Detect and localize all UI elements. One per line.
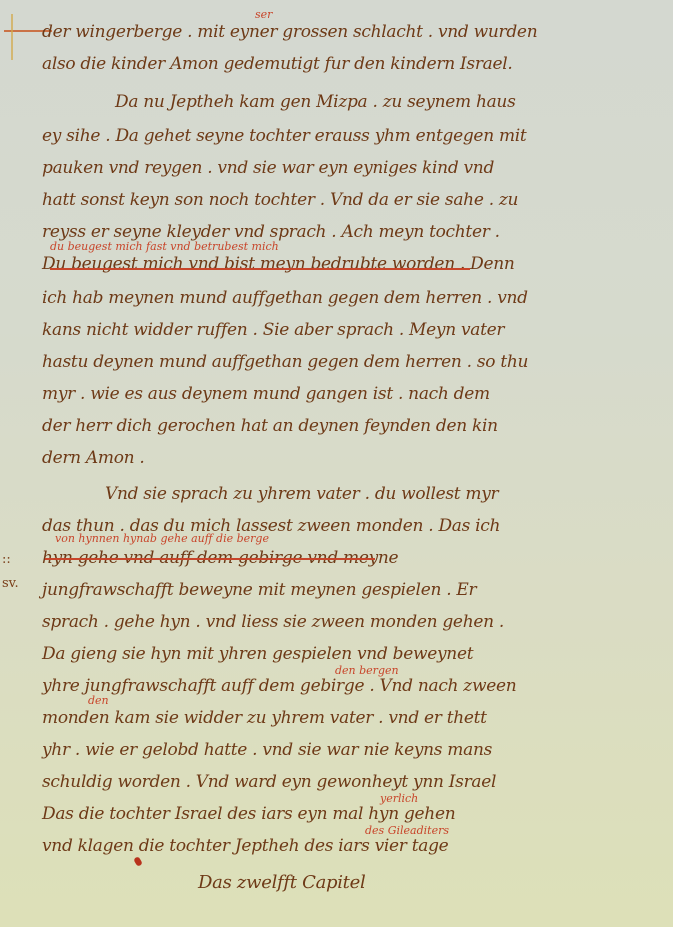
text-line: Da gieng sie hyn mit yhren gespielen vnd… xyxy=(42,644,473,664)
text-line: Da nu Jeptheh kam gen Mizpa . zu seynem … xyxy=(115,92,516,112)
interlinear-correction: ser xyxy=(255,8,272,21)
text-line: ich hab meynen mund auffgethan gegen dem… xyxy=(42,288,528,308)
text-line: schuldig worden . Vnd ward eyn gewonheyt… xyxy=(42,772,496,792)
text-line: Das die tochter Israel des iars eyn mal … xyxy=(42,804,455,824)
text-line: ey sihe . Da gehet seyne tochter erauss … xyxy=(42,126,526,146)
text-line: dern Amon . xyxy=(42,448,145,468)
text-line: hatt sonst keyn son noch tochter . Vnd d… xyxy=(42,190,518,210)
text-line: der herr dich gerochen hat an deynen fey… xyxy=(42,416,498,436)
text-line: reyss er seyne kleyder vnd sprach . Ach … xyxy=(42,222,500,242)
strikethrough-line xyxy=(50,268,470,270)
chapter-heading: Das zwelfft Capitel xyxy=(198,872,365,893)
red-ink-blot xyxy=(133,856,143,867)
margin-cross-stem xyxy=(11,14,13,60)
text-line: vnd klagen die tochter Jeptheh des iars … xyxy=(42,836,448,856)
text-line: hastu deynen mund auffgethan gegen dem h… xyxy=(42,352,528,372)
text-line: yhr . wie er gelobd hatte . vnd sie war … xyxy=(42,740,492,760)
interlinear-correction: von hynnen hynab gehe auff die berge xyxy=(55,532,269,545)
interlinear-correction: den xyxy=(88,694,109,707)
text-line: also die kinder Amon gedemutigt fur den … xyxy=(42,54,512,74)
struck-text-line: Du beugest mich vnd bist meyn bedrubte w… xyxy=(42,254,515,274)
text-line: monden kam sie widder zu yhrem vater . v… xyxy=(42,708,487,728)
strikethrough-line xyxy=(45,558,375,560)
margin-note: :: xyxy=(2,552,11,567)
text-line: jungfrawschafft beweyne mit meynen gespi… xyxy=(42,580,476,600)
margin-note: sv. xyxy=(2,576,19,591)
text-line: der wingerberge . mit eyner grossen schl… xyxy=(42,22,537,42)
text-line: yhre jungfrawschafft auff dem gebirge . … xyxy=(42,676,516,696)
text-line: sprach . gehe hyn . vnd liess sie zween … xyxy=(42,612,504,632)
text-line: pauken vnd reygen . vnd sie war eyn eyni… xyxy=(42,158,494,178)
manuscript-page: ser der wingerberge . mit eyner grossen … xyxy=(0,0,673,927)
interlinear-correction: du beugest mich fast vnd betrubest mich xyxy=(50,240,279,253)
text-line: Vnd sie sprach zu yhrem vater . du wolle… xyxy=(105,484,498,504)
text-line: kans nicht widder ruffen . Sie aber spra… xyxy=(42,320,504,340)
text-line: myr . wie es aus deynem mund gangen ist … xyxy=(42,384,490,404)
